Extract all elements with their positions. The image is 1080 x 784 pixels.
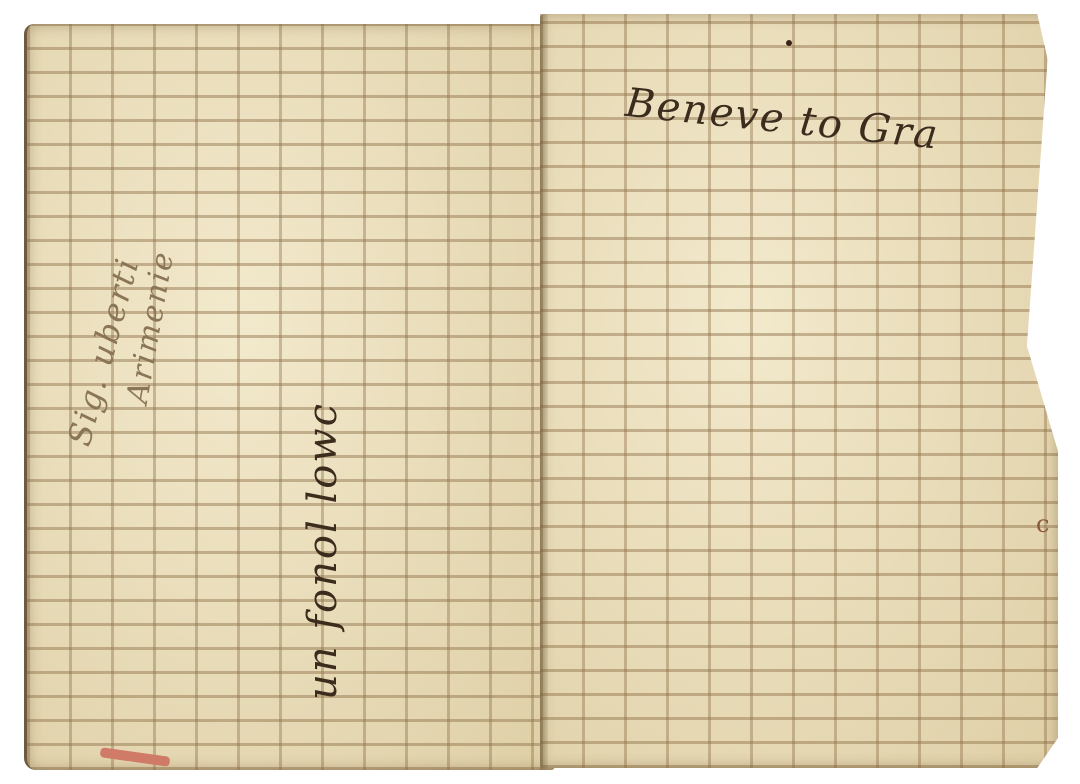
center-fold xyxy=(540,14,548,770)
ink-dot xyxy=(786,40,792,46)
left-inscription-3: un fonol lowc xyxy=(300,402,346,700)
edge-mark: c xyxy=(1036,510,1049,538)
